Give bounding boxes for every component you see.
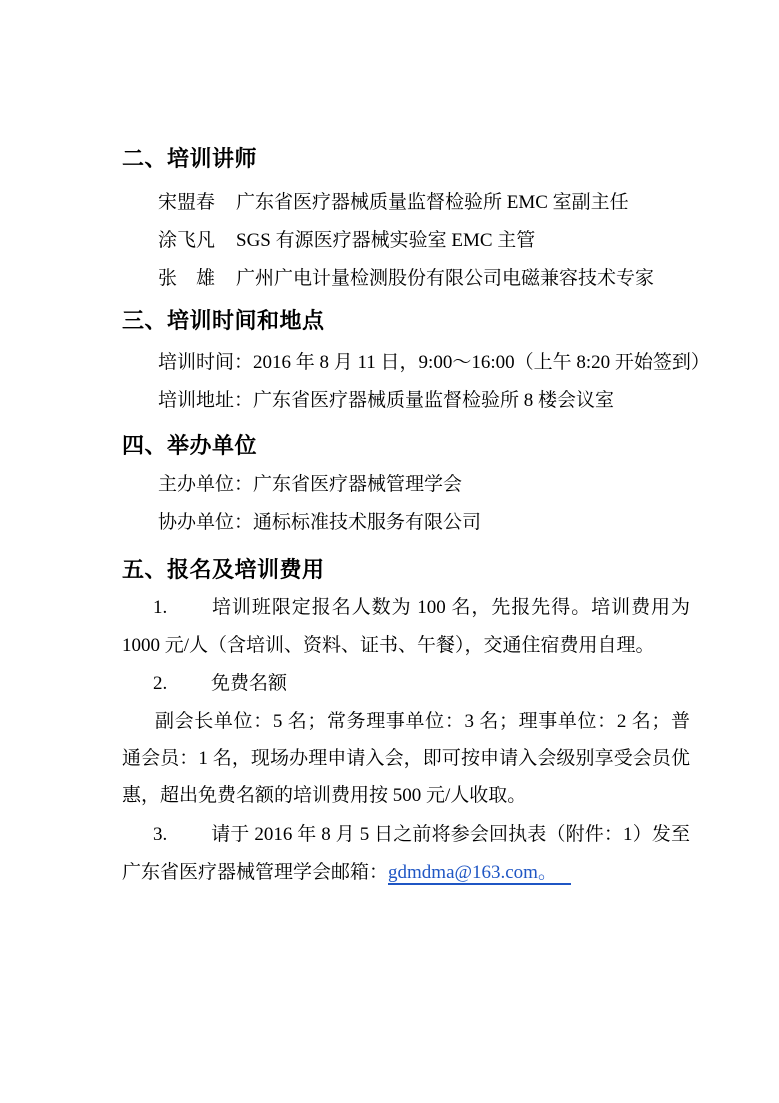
- instructor-name: 宋盟春: [122, 184, 236, 222]
- fee-item-2-text: 免费名额: [211, 673, 287, 694]
- section-heading-organizers: 四、举办单位: [122, 433, 690, 459]
- instructor-name: 涂飞凡: [122, 222, 236, 260]
- instructor-row: 宋盟春 广东省医疗器械质量监督检验所 EMC 室副主任: [122, 184, 690, 222]
- instructor-role: 广州广电计量检测股份有限公司电磁兼容技术专家: [236, 260, 690, 298]
- document-page: 二、培训讲师 宋盟春 广东省医疗器械质量监督检验所 EMC 室副主任 涂飞凡 S…: [0, 0, 779, 1103]
- item-number: 1.: [153, 589, 211, 627]
- training-time-line: 培训时间：2016 年 8 月 11 日，9:00～16:00（上午 8:20 …: [122, 344, 690, 382]
- section-heading-registration: 五、报名及培训费用: [122, 557, 690, 583]
- instructor-list: 宋盟春 广东省医疗器械质量监督检验所 EMC 室副主任 涂飞凡 SGS 有源医疗…: [122, 184, 690, 298]
- instructor-row: 张 雄 广州广电计量检测股份有限公司电磁兼容技术专家: [122, 260, 690, 298]
- fee-item-3: 3.请于 2016 年 8 月 5 日之前将参会回执表（附件：1）发至广东省医疗…: [122, 816, 690, 892]
- fee-item-2: 2.免费名额: [122, 665, 690, 703]
- item-number: 3.: [153, 816, 211, 854]
- email-link[interactable]: gdmdma@163.com。: [388, 862, 571, 885]
- instructor-row: 涂飞凡 SGS 有源医疗器械实验室 EMC 主管: [122, 222, 690, 260]
- cohost-unit-line: 协办单位：通标标准技术服务有限公司: [122, 504, 690, 542]
- item-number: 2.: [153, 665, 211, 703]
- host-unit-line: 主办单位：广东省医疗器械管理学会: [122, 466, 690, 504]
- instructor-role: 广东省医疗器械质量监督检验所 EMC 室副主任: [236, 184, 690, 222]
- schedule-block: 培训时间：2016 年 8 月 11 日，9:00～16:00（上午 8:20 …: [122, 344, 690, 420]
- training-place-line: 培训地址：广东省医疗器械质量监督检验所 8 楼会议室: [122, 382, 690, 420]
- section-heading-schedule: 三、培训时间和地点: [122, 308, 690, 334]
- instructor-role: SGS 有源医疗器械实验室 EMC 主管: [236, 222, 690, 260]
- instructor-name: 张 雄: [122, 260, 236, 298]
- fee-item-1: 1.培训班限定报名人数为 100 名，先报先得。培训费用为 1000 元/人（含…: [122, 589, 690, 665]
- free-quota-paragraph: 副会长单位：5 名；常务理事单位：3 名；理事单位：2 名；普通会员：1 名，现…: [122, 703, 690, 814]
- organizers-block: 主办单位：广东省医疗器械管理学会 协办单位：通标标准技术服务有限公司: [122, 466, 690, 542]
- section-heading-instructors: 二、培训讲师: [122, 146, 690, 172]
